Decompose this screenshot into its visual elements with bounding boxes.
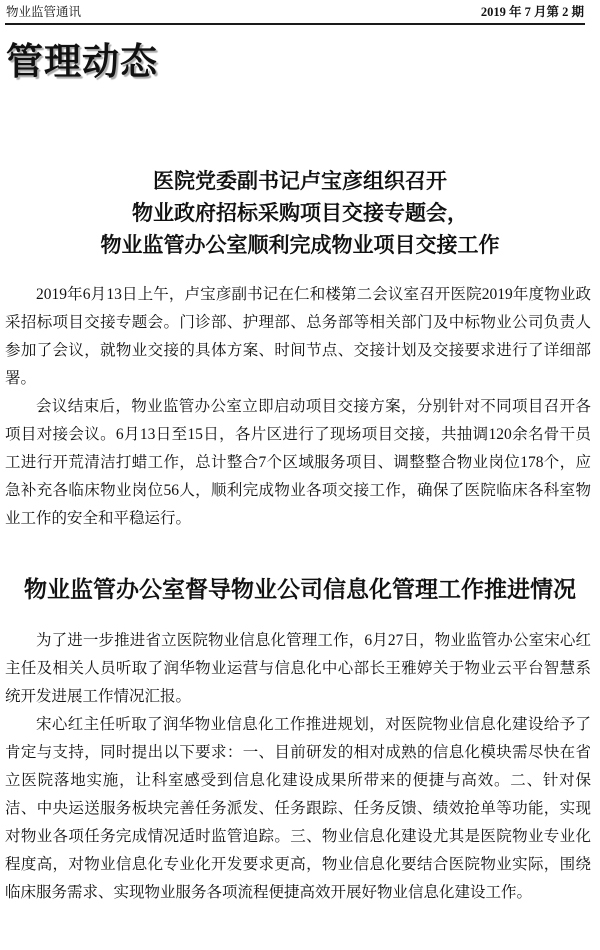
article-1-title-line-2: 物业政府招标采购项目交接专题会，: [0, 197, 600, 229]
issue-label: 2019 年 7 月第 2 期: [481, 4, 584, 21]
article-1-title: 医院党委副书记卢宝彦组织召开 物业政府招标采购项目交接专题会， 物业监管办公室顺…: [0, 165, 600, 261]
article-1-paragraph-2: 会议结束后，物业监管办公室立即启动项目交接方案，分别针对不同项目召开各项目对接会…: [0, 393, 600, 533]
article-1-title-line-3: 物业监管办公室顺利完成物业项目交接工作: [0, 229, 600, 261]
page-header: 物业监管通讯 2019 年 7 月第 2 期: [0, 0, 600, 22]
newsletter-title: 物业监管通讯: [6, 4, 81, 21]
header-rule: [5, 23, 585, 25]
article-1: 医院党委副书记卢宝彦组织召开 物业政府招标采购项目交接专题会， 物业监管办公室顺…: [0, 165, 600, 533]
section-heading: 管理动态: [6, 41, 600, 85]
article-1-title-line-1: 医院党委副书记卢宝彦组织召开: [0, 165, 600, 197]
article-2-paragraph-2: 宋心红主任听取了润华物业信息化工作推进规划，对医院物业信息化建设给予了肯定与支持…: [0, 711, 600, 907]
newsletter-page: 物业监管通讯 2019 年 7 月第 2 期 管理动态 医院党委副书记卢宝彦组织…: [0, 0, 600, 950]
article-2-paragraph-1: 为了进一步推进省立医院物业信息化管理工作，6月27日，物业监管办公室宋心红主任及…: [0, 627, 600, 711]
article-1-paragraph-1: 2019年6月13日上午，卢宝彦副书记在仁和楼第二会议室召开医院2019年度物业…: [0, 281, 600, 393]
article-2: 物业监管办公室督导物业公司信息化管理工作推进情况 为了进一步推进省立医院物业信息…: [0, 575, 600, 907]
article-2-title: 物业监管办公室督导物业公司信息化管理工作推进情况: [0, 575, 600, 605]
